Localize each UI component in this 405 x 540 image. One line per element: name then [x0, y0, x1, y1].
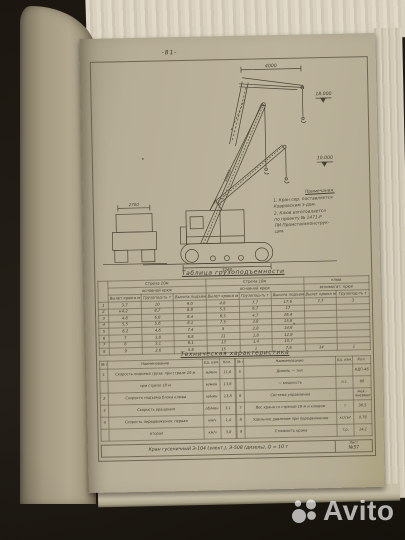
dimension-jib-length: 4000	[265, 63, 277, 69]
table-cell: 1	[100, 369, 108, 381]
table-cell: 13,8	[220, 390, 235, 402]
crane-drawing: 4000 18.000 10.000 18000 2700 3260	[91, 57, 371, 275]
table-cell: 3,1	[220, 402, 235, 414]
table-cell: 7	[236, 402, 244, 414]
table-cell	[101, 429, 109, 441]
table-cell: 1,4	[221, 414, 236, 426]
table-cell: Стоимость крана	[245, 424, 337, 438]
dimension-rear-width: 2700	[129, 202, 140, 207]
col-header: № пп	[235, 358, 243, 366]
table-cell: м/мин	[203, 379, 220, 391]
tech-table-left: № пп Наименование Ед. изм. Кол. 1Скорост…	[99, 358, 237, 442]
table-cell: 5	[236, 366, 244, 378]
drawing-caption: Кран гусеничный Э-104 (элект.), Э-508 (д…	[102, 441, 335, 457]
table-cell: КДП-46	[353, 364, 371, 376]
tech-table-right: № пп Наименование Ед. изм. Кол. 5Дизель …	[235, 355, 373, 439]
table-cell	[100, 381, 108, 393]
dimension-hook-height-10000: 10.000	[317, 155, 333, 161]
tech-characteristics-table: № пп Наименование Ед. изм. Кол. 1Скорост…	[99, 355, 373, 442]
table-cell: 13,8	[220, 378, 235, 390]
book-page: -81-	[79, 33, 384, 493]
table-cell: мех.-пневмат.	[353, 388, 371, 400]
table-cell: м/мин	[203, 367, 220, 379]
table-cell: 38,5	[353, 400, 371, 412]
table-cell: л.с.	[336, 376, 353, 388]
table-cell	[336, 364, 353, 376]
table-cell	[336, 388, 353, 400]
dimension-boom-length: 18000	[223, 168, 233, 182]
table-cell: 3	[100, 405, 108, 417]
table-cell: т	[336, 400, 353, 412]
table-cell: вторая	[109, 427, 204, 441]
book-photo: -81-	[0, 0, 405, 540]
table-row: втораякм/ч3,8	[101, 426, 236, 441]
avito-watermark: Avito	[291, 495, 394, 527]
table-cell: 2	[100, 393, 108, 405]
page-number: -81-	[162, 49, 178, 56]
table-cell: 0,76	[354, 412, 372, 424]
avito-watermark-text: Avito	[323, 495, 394, 527]
drawing-frame: 4000 18.000 10.000 18000 2700 3260 Приме…	[90, 56, 376, 462]
table-cell: 3,8	[221, 426, 236, 438]
sheet-number-box: Лист №57	[335, 440, 372, 452]
table-cell: 4	[101, 417, 109, 429]
row-num-header	[98, 281, 108, 302]
table-cell: об/мин	[203, 403, 220, 415]
handwritten-notes: Примечания: 1. Кран сер. поставляется Ко…	[273, 187, 369, 237]
sheet-number: №57	[349, 445, 360, 450]
table-cell: 6	[236, 390, 244, 402]
title-block: Кран гусеничный Э-104 (элект.), Э-508 (д…	[101, 439, 373, 458]
table-cell: 8	[237, 414, 245, 426]
load-capacity-table: Стрела 10м Стрела 18м клюв основной крюк…	[97, 275, 371, 355]
col-header: № пп	[100, 361, 108, 369]
avito-logo-icon	[291, 497, 319, 525]
table-row: 9Стоимость кранат.р.14,1	[237, 424, 372, 439]
table-cell: 9	[237, 426, 245, 438]
table-cell: кг/см²	[337, 412, 354, 424]
table-cell	[236, 378, 244, 390]
table-cell: 80	[353, 376, 371, 388]
table-cell: м/мин	[203, 391, 220, 403]
dimension-hook-height-18000: 18.000	[315, 91, 331, 97]
table-cell: км/ч	[204, 415, 221, 427]
table-cell: т.р.	[337, 424, 354, 436]
table-cell: 14,1	[354, 424, 372, 436]
table-cell: 11,6	[220, 366, 235, 378]
table-cell: км/ч	[204, 427, 221, 439]
